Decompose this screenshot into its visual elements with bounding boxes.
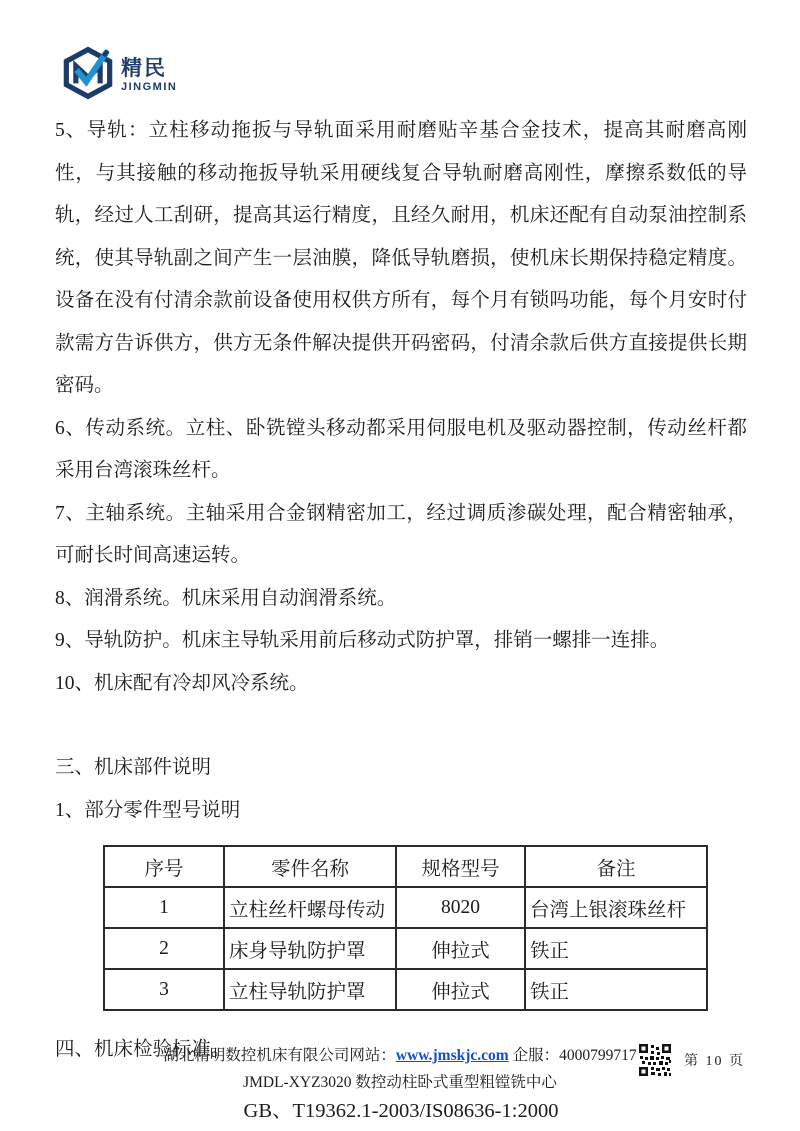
document-page: { "logo": { "zh": "精民", "en": "JINGMIN" … — [0, 0, 800, 1131]
spec-item-9: 9、导轨防护。机床主导轨采用前后移动式防护罩，排销一螺排一连排。 — [55, 620, 747, 663]
footer-right-block: 第 10 页 — [638, 1043, 745, 1082]
document-body: 5、导轨：立柱移动拖扳与导轨面采用耐磨贴辛基合金技术，提高其耐磨高刚性，与其接触… — [55, 110, 747, 1126]
table-header-row: 序号 零件名称 规格型号 备注 — [104, 846, 707, 887]
table-row: 3 立柱导轨防护罩 伸拉式 铁正 — [104, 969, 707, 1010]
table-cell-remark: 台湾上银滚珠丝杆 — [525, 887, 707, 928]
table-cell-spec-model: 伸拉式 — [396, 928, 525, 969]
spec-item-8: 8、润滑系统。机床采用自动润滑系统。 — [55, 578, 747, 621]
table-row: 1 立柱丝杆螺母传动 8020 台湾上银滚珠丝杆 — [104, 887, 707, 928]
table-cell-index: 3 — [104, 969, 224, 1010]
table-cell-remark: 铁正 — [525, 969, 707, 1010]
table-cell-spec-model: 8020 — [396, 887, 525, 928]
table-cell-part-name: 立柱导轨防护罩 — [224, 969, 396, 1010]
table-cell-remark: 铁正 — [525, 928, 707, 969]
section-heading-parts: 三、机床部件说明 — [55, 747, 747, 790]
table-header-spec-model: 规格型号 — [396, 846, 525, 887]
table-header-index: 序号 — [104, 846, 224, 887]
logo-name-zh: 精民 — [121, 58, 177, 79]
website-link[interactable]: www.jmskjc.com — [396, 1047, 509, 1064]
table-cell-index: 1 — [104, 887, 224, 928]
inspection-standard: GB、T19362.1-2003/IS08636-1:2000 — [55, 1096, 747, 1126]
logo-name-en: JINGMIN — [121, 82, 177, 93]
spec-item-7: 7、主轴系统。主轴采用合金钢精密加工，经过调质渗碳处理，配合精密轴承，可耐长时间… — [55, 493, 747, 578]
table-row: 2 床身导轨防护罩 伸拉式 铁正 — [104, 928, 707, 969]
footer-company-text: 湖北精明数控机床有限公司网站： — [163, 1047, 396, 1064]
jingmin-logo-icon — [62, 46, 114, 105]
qr-code-icon — [638, 1043, 672, 1082]
table-header-remark: 备注 — [525, 846, 707, 887]
page-number: 第 10 页 — [684, 1050, 745, 1070]
footer-service-text: 企服：4000799717 — [509, 1047, 637, 1064]
jingmin-logo-text: 精民 JINGMIN — [121, 58, 177, 93]
spec-item-5: 5、导轨：立柱移动拖扳与导轨面采用耐磨贴辛基合金技术，提高其耐磨高刚性，与其接触… — [55, 110, 747, 408]
table-cell-spec-model: 伸拉式 — [396, 969, 525, 1010]
table-header-part-name: 零件名称 — [224, 846, 396, 887]
subsection-heading-models: 1、部分零件型号说明 — [55, 790, 747, 833]
spec-item-6: 6、传动系统。立柱、卧铣镗头移动都采用伺服电机及驱动器控制，传动丝杆都采用台湾滚… — [55, 408, 747, 493]
table-cell-part-name: 立柱丝杆螺母传动 — [224, 887, 396, 928]
table-cell-index: 2 — [104, 928, 224, 969]
parts-table: 序号 零件名称 规格型号 备注 1 立柱丝杆螺母传动 8020 台湾上银滚珠丝杆… — [103, 845, 708, 1011]
table-cell-part-name: 床身导轨防护罩 — [224, 928, 396, 969]
spec-item-10: 10、机床配有冷却风冷系统。 — [55, 663, 747, 706]
jingmin-logo: 精民 JINGMIN — [62, 46, 177, 105]
